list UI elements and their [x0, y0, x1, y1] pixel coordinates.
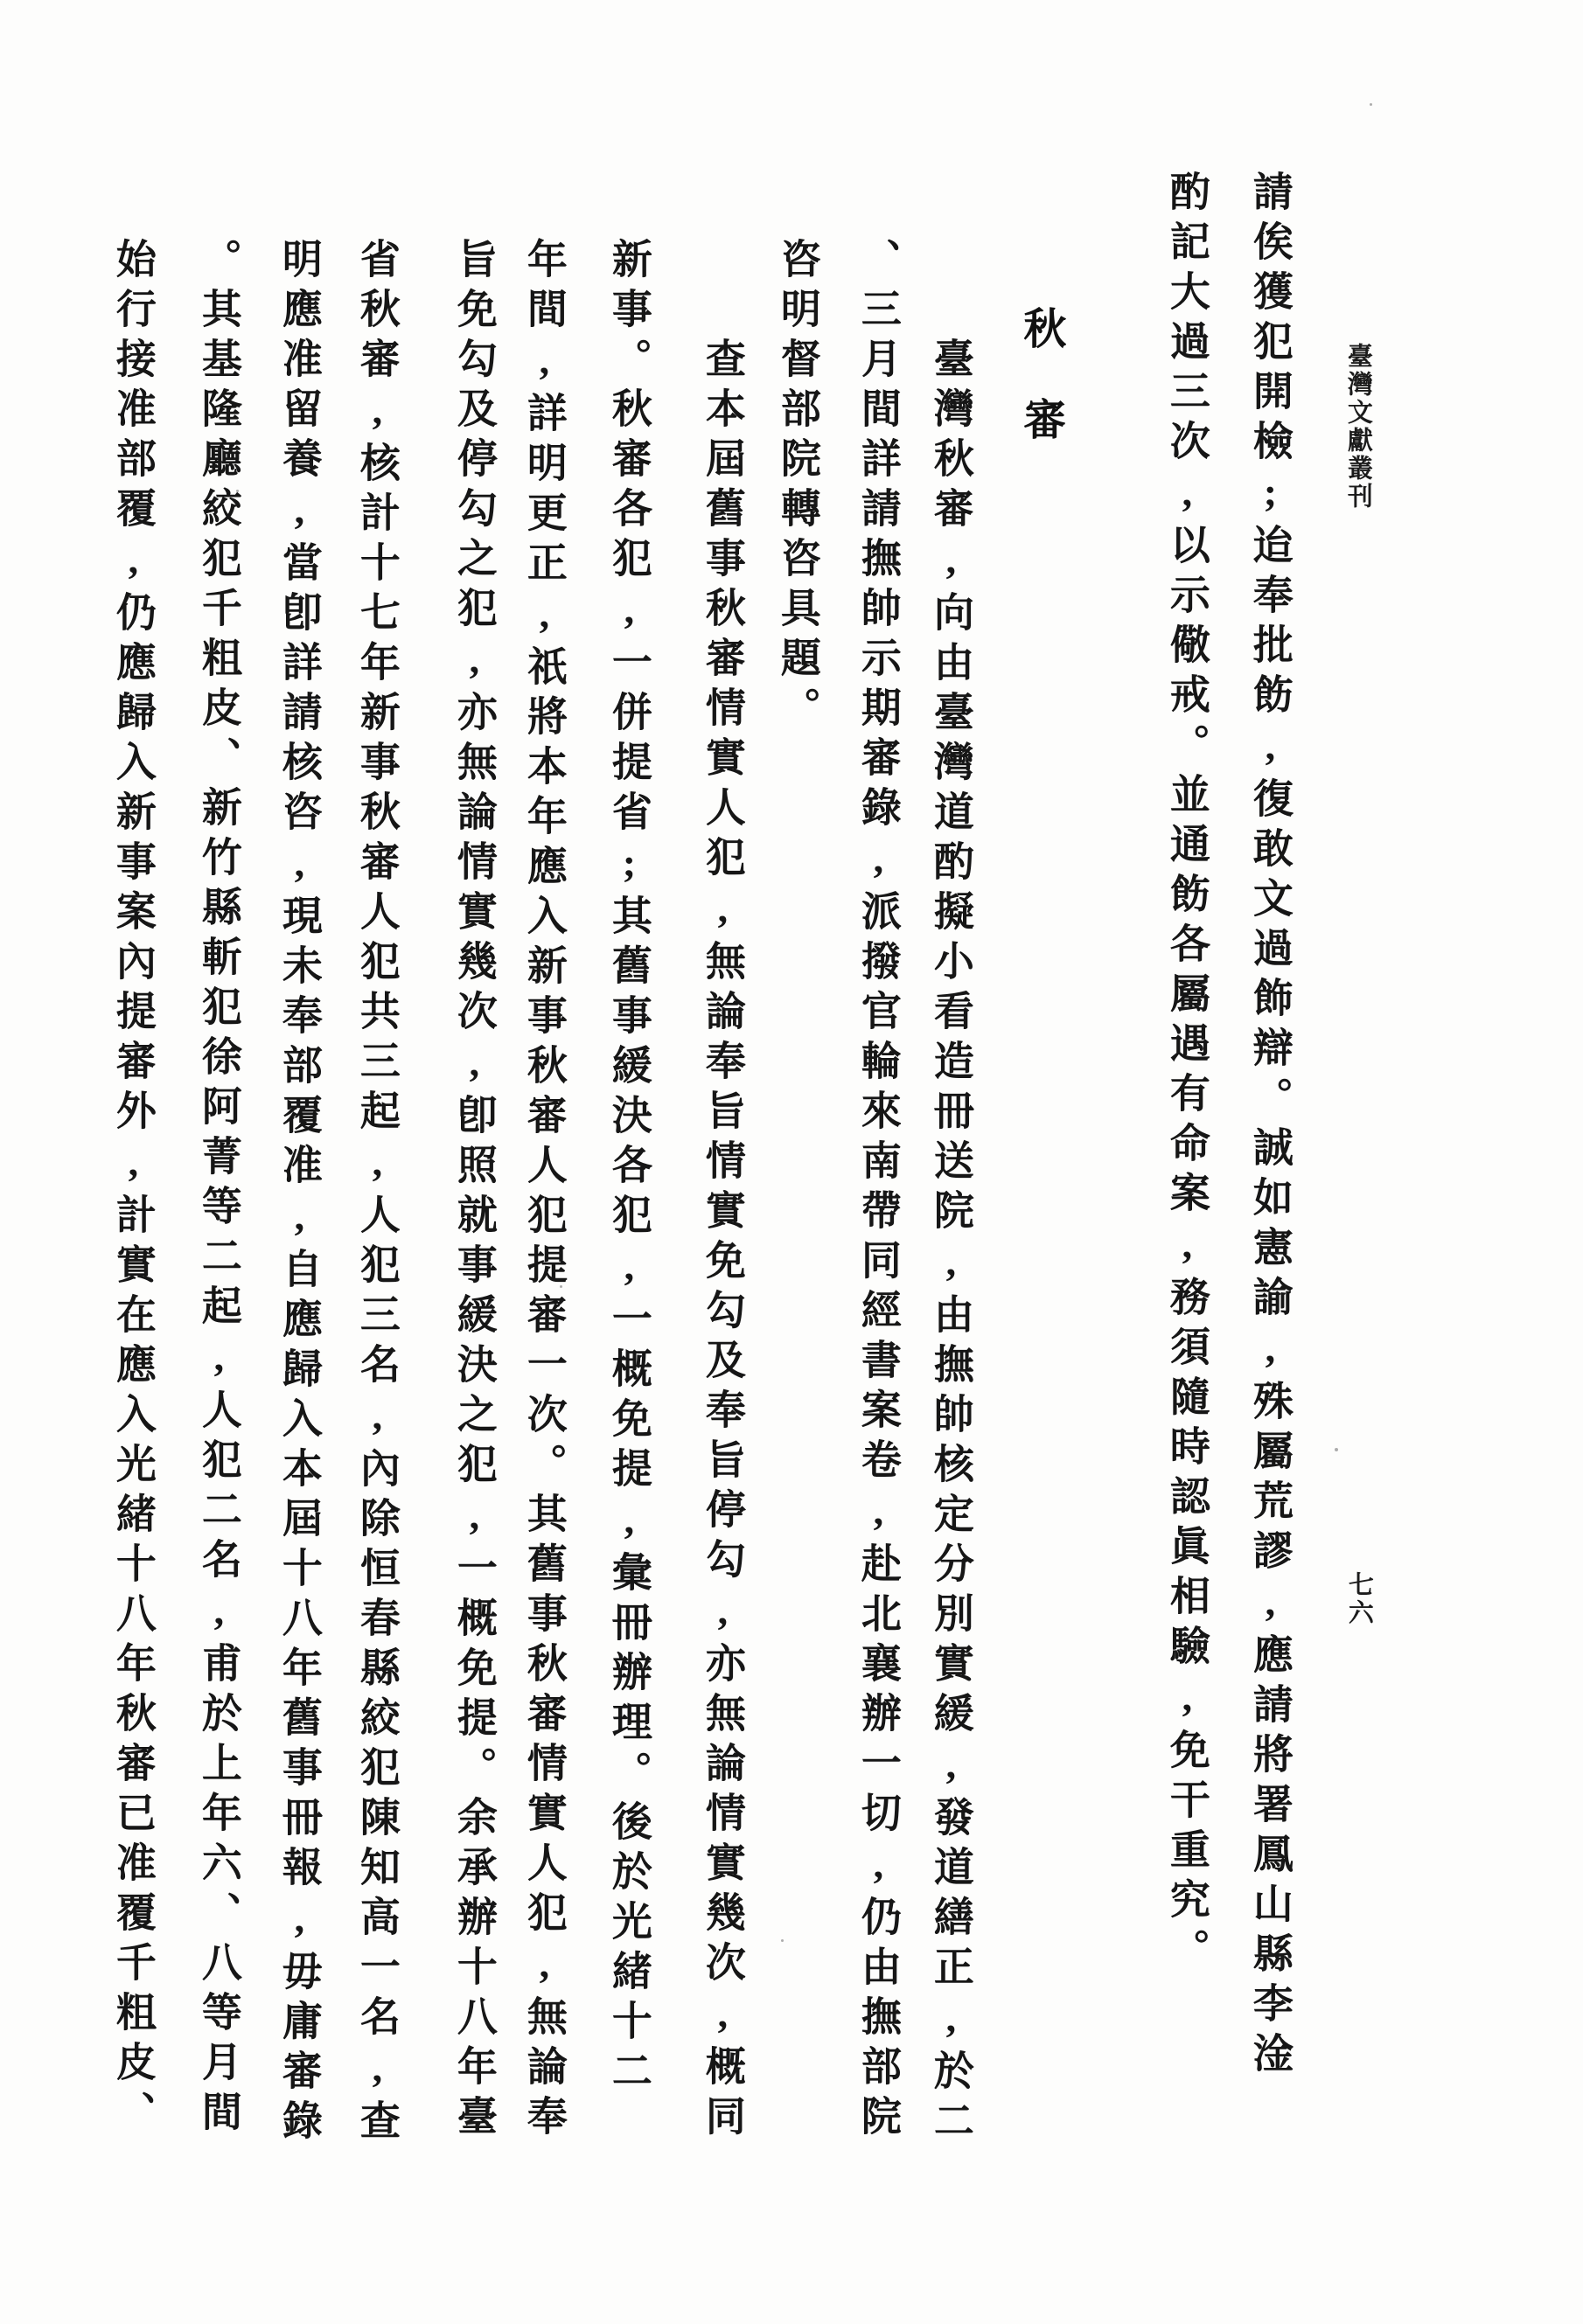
scan-speck: [781, 1939, 784, 1942]
text-column-8: 年間,詳明更正,祇將本年應入新事秋審人犯提審一次。其舊事秋審情實人犯,無論奉: [520, 238, 567, 2145]
scanned-book-page: 臺灣文獻叢刊 七六 請俟獲犯開檢;迨奉批飭,復敢文過飾辯。誠如憲諭,殊屬荒謬,應…: [0, 0, 1583, 2324]
text-column-5: 咨明督部院轉咨具題。: [774, 238, 820, 736]
text-column-10: 省秋審,核計十七年新事秋審人犯共三起,人犯三名,內除恒春縣絞犯陳知高一名,查: [353, 238, 400, 2149]
section-heading: 秋審: [1018, 306, 1065, 488]
text-column-11: 明應准留養,當卽詳請核咨,現未奉部覆准,自應歸入本屆十八年舊事冊報,毋庸審錄: [275, 238, 322, 2149]
scan-speck: [560, 1285, 562, 1288]
scan-speck: [1335, 1448, 1338, 1451]
scan-speck: [236, 490, 239, 492]
scan-speck: [1370, 103, 1372, 106]
text-column-6: 查本屆舊事秋審情實人犯,無論奉旨情實免勾及奉旨停勾,亦無論情實幾次,概同: [699, 337, 745, 2145]
text-column-7: 新事。秋審各犯,一併提省;其舊事緩決各犯,一概免提,彙冊辦理。後於光緒十二: [605, 238, 652, 2099]
text-column-3: 臺灣秋審,向由臺灣道酌擬小看造冊送院,由撫帥核定分別實緩,發道繕正,於二: [927, 337, 973, 2149]
scan-speck: [875, 752, 877, 755]
text-column-13: 始行接准部覆,仍應歸入新事案內提審外,計實在應入光緒十八年秋審已准覆千粗皮、: [109, 238, 156, 2140]
text-column-4: 、三月間詳請撫帥示期審錄,派撥官輪來南帶同經書案卷,赴北襄辦一切,仍由撫部院: [854, 238, 901, 2145]
text-column-9: 旨免勾及停勾之犯,亦無論情實幾次,卽照就事緩決之犯,一概免提。余承辦十八年臺: [450, 238, 497, 2145]
text-column-1: 請俟獲犯開檢;迨奉批飭,復敢文過飾辯。誠如憲諭,殊屬荒謬,應請將署鳳山縣李淦: [1246, 170, 1293, 2082]
text-column-12: 。其基隆廳絞犯千粗皮、新竹縣斬犯徐阿菁等二起,人犯二名,甫於上年六、八等月間: [195, 238, 241, 2140]
text-column-2: 酌記大過三次,以示儆戒。並通飭各屬遇有命案,務須隨時認眞相驗,免干重究。: [1163, 170, 1210, 1978]
series-title: 臺灣文獻叢刊: [1343, 343, 1371, 511]
page-number: 七六: [1344, 1571, 1372, 1627]
